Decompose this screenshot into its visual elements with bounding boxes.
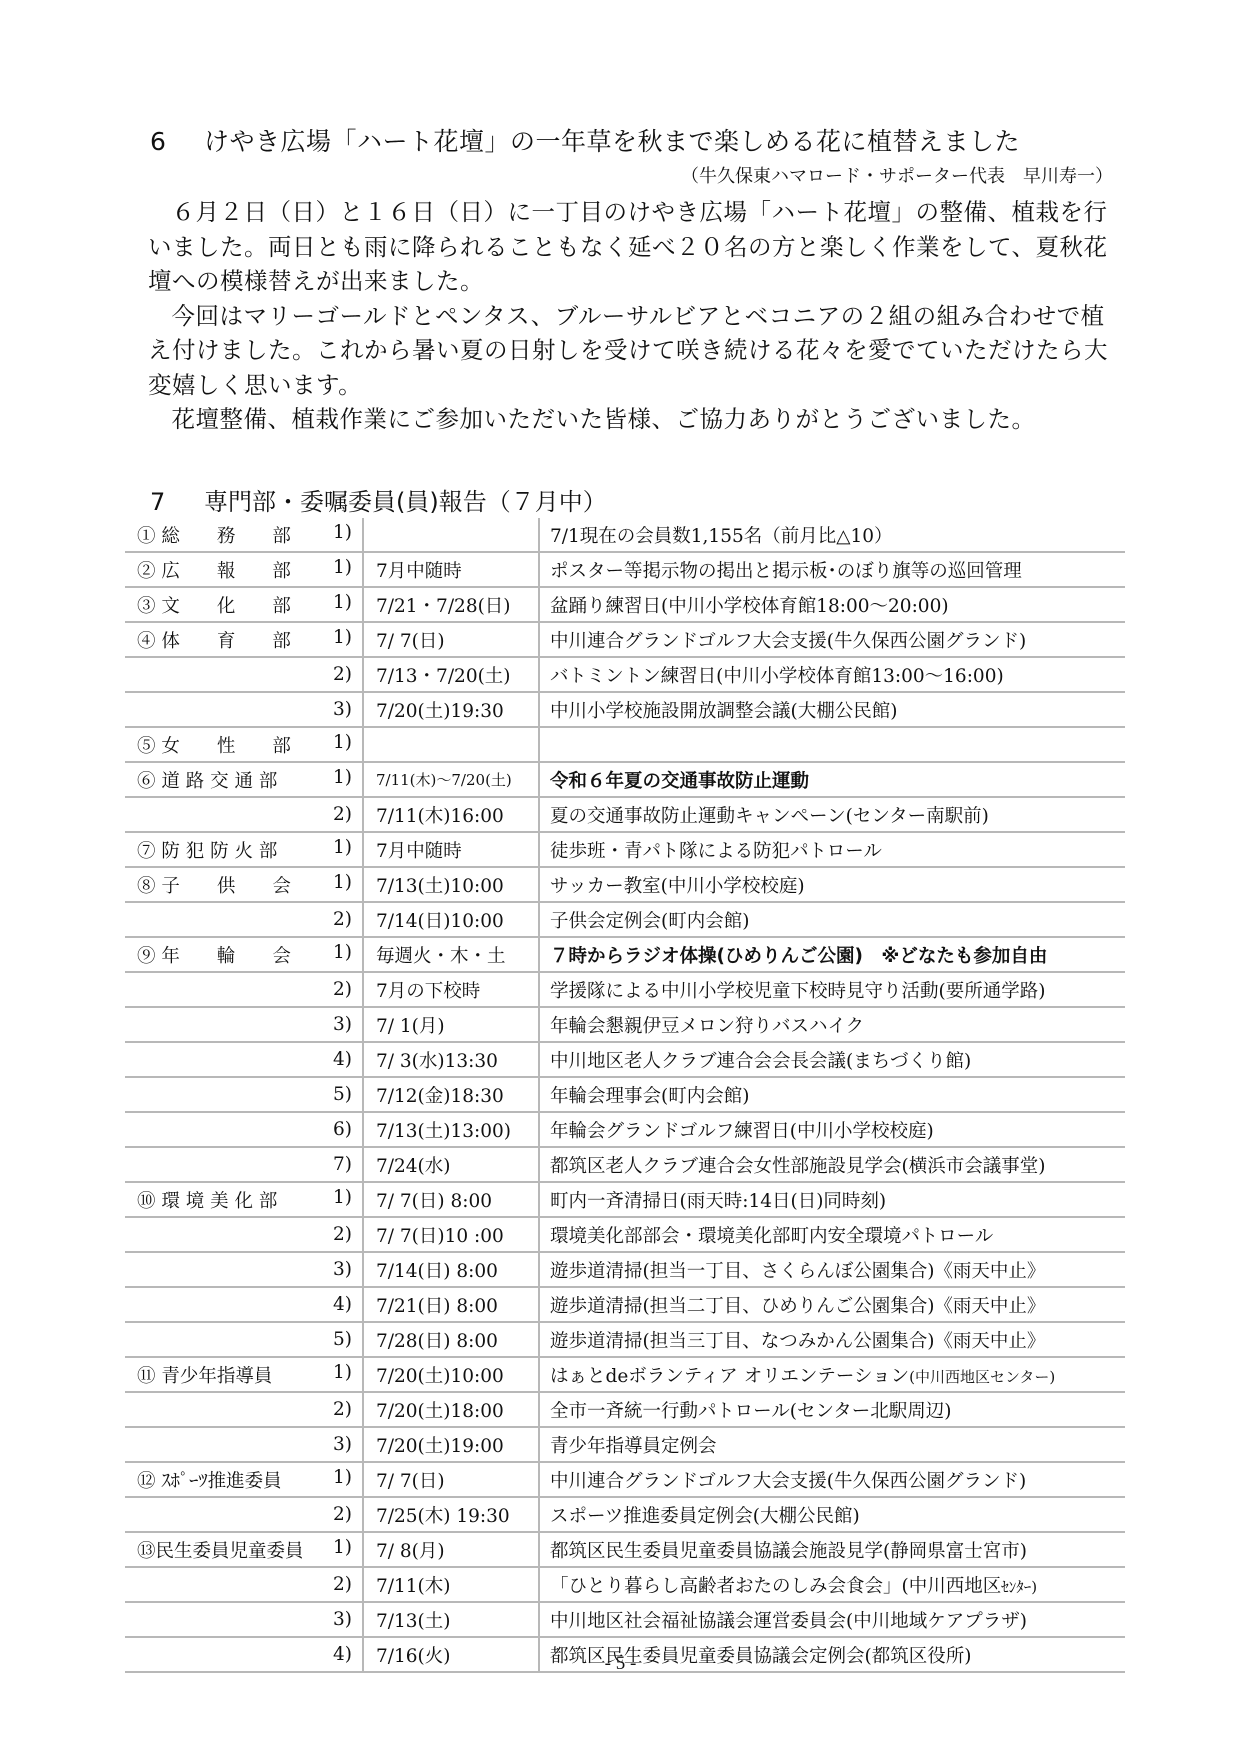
description-cell: 環境美化部部会・環境美化部町内安全環境パトロール <box>539 1217 1125 1252</box>
description-cell: 7/1現在の会員数1,155名（前月比△10） <box>539 518 1125 552</box>
date-cell: 7月中随時 <box>363 832 539 867</box>
department-cell: ⑥ 道 路 交 通 部1) <box>125 762 363 797</box>
date-cell: 7/11(木)16:00 <box>363 797 539 832</box>
table-row: ⑨ 年 輪 会1)毎週火・木・土７時からラジオ体操(ひめりんご公園) ※どなたも… <box>125 937 1125 972</box>
description-cell: 子供会定例会(町内会館) <box>539 902 1125 937</box>
description-cell: 遊歩道清掃(担当三丁目、なつみかん公園集合)《雨天中止》 <box>539 1322 1125 1357</box>
item-number: 2) <box>333 1224 352 1245</box>
item-number: 1) <box>333 767 352 793</box>
description-cell: 年輪会グランドゴルフ練習日(中川小学校校庭) <box>539 1112 1125 1147</box>
item-number: 1) <box>333 732 352 758</box>
item-number: 1) <box>333 522 352 548</box>
description-text: 学援隊による中川小学校児童下校時見守り活動(要所通学路) <box>550 981 1045 1002</box>
table-row: ⑬民生委員児童委員1)7/ 8(月)都筑区民生委員児童委員協議会施設見学(静岡県… <box>125 1532 1125 1567</box>
department-cell: ⑪ 青少年指導員1) <box>125 1357 363 1392</box>
department-cell: 2) <box>125 797 363 832</box>
section-number: 6 <box>150 127 204 156</box>
department-cell: 2) <box>125 972 363 1007</box>
department-cell: 2) <box>125 1567 363 1602</box>
department-name: ② 広 報 部 <box>137 557 291 583</box>
description-cell: 令和６年夏の交通事故防止運動 <box>539 762 1125 797</box>
date-cell: 7/25(木) 19:30 <box>363 1497 539 1532</box>
table-row: ⑧ 子 供 会1)7/13(土)10:00サッカー教室(中川小学校校庭) <box>125 867 1125 902</box>
description-cell: 青少年指導員定例会 <box>539 1427 1125 1462</box>
description-text: 中川連合グランドゴルフ大会支援(牛久保西公園グランド) <box>550 631 1026 652</box>
date-cell: 毎週火・木・土 <box>363 937 539 972</box>
table-row: ③ 文 化 部1)7/21・7/28(日)盆踊り練習日(中川小学校体育館18:0… <box>125 587 1125 622</box>
table-row: 2)7月の下校時学援隊による中川小学校児童下校時見守り活動(要所通学路) <box>125 972 1125 1007</box>
department-name: ⑪ 青少年指導員 <box>137 1362 272 1388</box>
date-cell <box>363 727 539 762</box>
description-text: ７時からラジオ体操(ひめりんご公園) ※どなたも参加自由 <box>550 946 1047 967</box>
table-row: 3)7/14(日) 8:00遊歩道清掃(担当一丁目、さくらんぼ公園集合)《雨天中… <box>125 1252 1125 1287</box>
description-text: 夏の交通事故防止運動キャンペーン(センター南駅前) <box>550 806 989 827</box>
item-number: 2) <box>333 1574 352 1595</box>
description-text: スポーツ推進委員定例会(大棚公民館) <box>550 1506 860 1527</box>
department-cell: ③ 文 化 部1) <box>125 587 363 622</box>
item-number: 1) <box>333 872 352 898</box>
author-credit: （牛久保東ハマロード・サポーター代表 早川寿一） <box>681 162 1113 188</box>
department-name: ③ 文 化 部 <box>137 592 291 618</box>
paragraph: ６月２日（日）と１６日（日）に一丁目のけやき広場「ハート花壇」の整備、植栽を行い… <box>148 195 1123 299</box>
table-row: 4)7/ 3(水)13:30中川地区老人クラブ連合会会長会議(まちづくり館) <box>125 1042 1125 1077</box>
table-row: ⑤ 女 性 部1) <box>125 727 1125 762</box>
table-row: ⑥ 道 路 交 通 部1)7/11(木)～7/20(土)令和６年夏の交通事故防止… <box>125 762 1125 797</box>
description-text: 令和６年夏の交通事故防止運動 <box>550 771 809 792</box>
table-row: 2)7/11(木)「ひとり暮らし高齢者おたのしみ会食会」(中川西地区ｾﾝﾀｰ) <box>125 1567 1125 1602</box>
table-row: 3)7/20(土)19:30中川小学校施設開放調整会議(大棚公民館) <box>125 692 1125 727</box>
date-cell: 7/ 3(水)13:30 <box>363 1042 539 1077</box>
department-cell: ⑫ ｽﾎﾟｰﾂ推進委員1) <box>125 1462 363 1497</box>
date-cell: 7/ 7(日) <box>363 1462 539 1497</box>
description-cell: 「ひとり暮らし高齢者おたのしみ会食会」(中川西地区ｾﾝﾀｰ) <box>539 1567 1125 1602</box>
table-row: ④ 体 育 部1)7/ 7(日)中川連合グランドゴルフ大会支援(牛久保西公園グラ… <box>125 622 1125 657</box>
description-text: サッカー教室(中川小学校校庭) <box>550 876 805 897</box>
description-text: 環境美化部部会・環境美化部町内安全環境パトロール <box>550 1226 993 1247</box>
date-cell: 7/24(水) <box>363 1147 539 1182</box>
table-row: 3)7/ 1(月)年輪会懇親伊豆メロン狩りバスハイク <box>125 1007 1125 1042</box>
department-cell: 3) <box>125 1007 363 1042</box>
description-cell: 年輪会懇親伊豆メロン狩りバスハイク <box>539 1007 1125 1042</box>
description-text: 7/1現在の会員数1,155名（前月比△10） <box>550 526 893 547</box>
table-row: ⑩ 環 境 美 化 部1)7/ 7(日) 8:00町内一斉清掃日(雨天時:14日… <box>125 1182 1125 1217</box>
table-row: ⑪ 青少年指導員1)7/20(土)10:00はぁとdeボランティア オリエンテー… <box>125 1357 1125 1392</box>
table-row: ② 広 報 部1)7月中随時ポスター等掲示物の掲出と掲示板･のぼり旗等の巡回管理 <box>125 552 1125 587</box>
table-row: 2)7/11(木)16:00夏の交通事故防止運動キャンペーン(センター南駅前) <box>125 797 1125 832</box>
date-cell: 7/ 8(月) <box>363 1532 539 1567</box>
department-name: ④ 体 育 部 <box>137 627 291 653</box>
description-text: 全市一斉統一行動パトロール(センター北駅周辺) <box>550 1401 951 1422</box>
item-number: 4) <box>333 1294 352 1315</box>
date-cell: 7/11(木) <box>363 1567 539 1602</box>
date-cell: 7/20(土)19:00 <box>363 1427 539 1462</box>
date-cell: 7/12(金)18:30 <box>363 1077 539 1112</box>
department-name: ⑤ 女 性 部 <box>137 732 291 758</box>
description-text: 徒歩班・青パト隊による防犯パトロール <box>550 841 882 862</box>
description-cell: 夏の交通事故防止運動キャンペーン(センター南駅前) <box>539 797 1125 832</box>
description-text: 遊歩道清掃(担当三丁目、なつみかん公園集合)《雨天中止》 <box>550 1331 1045 1352</box>
item-number: 2) <box>333 979 352 1000</box>
table-row: ⑫ ｽﾎﾟｰﾂ推進委員1)7/ 7(日)中川連合グランドゴルフ大会支援(牛久保西… <box>125 1462 1125 1497</box>
date-cell: 7月の下校時 <box>363 972 539 1007</box>
department-cell: ⑧ 子 供 会1) <box>125 867 363 902</box>
item-number: 5) <box>333 1084 352 1105</box>
department-name: ⑥ 道 路 交 通 部 <box>137 767 277 793</box>
department-cell: ⑤ 女 性 部1) <box>125 727 363 762</box>
date-cell: 7/14(日)10:00 <box>363 902 539 937</box>
date-cell: 7/11(木)～7/20(土) <box>363 762 539 797</box>
description-text: 遊歩道清掃(担当二丁目、ひめりんご公園集合)《雨天中止》 <box>550 1296 1045 1317</box>
table-row: ⑦ 防 犯 防 火 部1)7月中随時徒歩班・青パト隊による防犯パトロール <box>125 832 1125 867</box>
description-cell: ポスター等掲示物の掲出と掲示板･のぼり旗等の巡回管理 <box>539 552 1125 587</box>
description-text: はぁとdeボランティア オリエンテーション <box>550 1366 909 1387</box>
date-cell: 7/ 7(日) 8:00 <box>363 1182 539 1217</box>
section-title: けやき広場「ハート花壇」の一年草を秋まで楽しめる花に植替えました <box>204 127 1020 156</box>
paragraph: 今回はマリーゴールドとペンタス、ブルーサルビアとベコニアの２組の組み合わせで植え… <box>148 299 1123 403</box>
department-name: ⑩ 環 境 美 化 部 <box>137 1187 277 1213</box>
table-row: 6)7/13(土)13:00)年輪会グランドゴルフ練習日(中川小学校校庭) <box>125 1112 1125 1147</box>
description-cell: 遊歩道清掃(担当二丁目、ひめりんご公園集合)《雨天中止》 <box>539 1287 1125 1322</box>
date-cell: 7/21・7/28(日) <box>363 587 539 622</box>
description-cell: ７時からラジオ体操(ひめりんご公園) ※どなたも参加自由 <box>539 937 1125 972</box>
date-cell: 7/ 7(日)10 :00 <box>363 1217 539 1252</box>
description-text: 年輪会理事会(町内会館) <box>550 1086 749 1107</box>
department-cell: 5) <box>125 1322 363 1357</box>
department-cell: 2) <box>125 657 363 692</box>
department-cell: ② 広 報 部1) <box>125 552 363 587</box>
section-6-body: ６月２日（日）と１６日（日）に一丁目のけやき広場「ハート花壇」の整備、植栽を行い… <box>148 195 1123 437</box>
department-cell: 2) <box>125 1217 363 1252</box>
section-6-heading: 6けやき広場「ハート花壇」の一年草を秋まで楽しめる花に植替えました <box>150 122 1020 158</box>
item-number: 1) <box>333 1362 352 1388</box>
department-cell: 2) <box>125 902 363 937</box>
description-text: 「ひとり暮らし高齢者おたのしみ会食会」(中川西地区 <box>550 1576 1001 1597</box>
table-row: 2)7/13・7/20(土)バトミントン練習日(中川小学校体育館13:00～16… <box>125 657 1125 692</box>
table-row: ① 総 務 部1)7/1現在の会員数1,155名（前月比△10） <box>125 518 1125 552</box>
date-cell <box>363 518 539 552</box>
table-row: 7)7/24(水)都筑区老人クラブ連合会女性部施設見学会(横浜市会議事堂) <box>125 1147 1125 1182</box>
item-number: 7) <box>333 1154 352 1175</box>
department-name: ① 総 務 部 <box>137 522 291 548</box>
section-title: 専門部・委嘱委員(員)報告（７月中） <box>204 488 607 516</box>
document-page: 6けやき広場「ハート花壇」の一年草を秋まで楽しめる花に植替えました （牛久保東ハ… <box>0 0 1241 1755</box>
date-cell: 7/ 7(日) <box>363 622 539 657</box>
description-text: 年輪会懇親伊豆メロン狩りバスハイク <box>550 1016 864 1037</box>
department-cell: ⑦ 防 犯 防 火 部1) <box>125 832 363 867</box>
table-row: 2)7/14(日)10:00子供会定例会(町内会館) <box>125 902 1125 937</box>
date-cell: 7/21(日) 8:00 <box>363 1287 539 1322</box>
date-cell: 7/28(日) 8:00 <box>363 1322 539 1357</box>
description-text: バトミントン練習日(中川小学校体育館13:00～16:00) <box>550 666 1004 687</box>
department-cell: ④ 体 育 部1) <box>125 622 363 657</box>
table-row: 3)7/20(土)19:00青少年指導員定例会 <box>125 1427 1125 1462</box>
item-number: 6) <box>333 1119 352 1140</box>
report-table: ① 総 務 部1)7/1現在の会員数1,155名（前月比△10）② 広 報 部1… <box>125 518 1125 1673</box>
item-number: 1) <box>333 1537 352 1563</box>
department-cell: 6) <box>125 1112 363 1147</box>
description-cell: 都筑区老人クラブ連合会女性部施設見学会(横浜市会議事堂) <box>539 1147 1125 1182</box>
description-text: 中川小学校施設開放調整会議(大棚公民館) <box>550 701 897 722</box>
date-cell: 7/13・7/20(土) <box>363 657 539 692</box>
table-row: 4)7/21(日) 8:00遊歩道清掃(担当二丁目、ひめりんご公園集合)《雨天中… <box>125 1287 1125 1322</box>
description-cell: はぁとdeボランティア オリエンテーション(中川西地区センター) <box>539 1357 1125 1392</box>
description-text: 遊歩道清掃(担当一丁目、さくらんぼ公園集合)《雨天中止》 <box>550 1261 1045 1282</box>
department-cell: ⑩ 環 境 美 化 部1) <box>125 1182 363 1217</box>
page-number: - 5 - <box>0 1653 1241 1675</box>
department-cell: 2) <box>125 1497 363 1532</box>
item-number: 1) <box>333 837 352 863</box>
date-cell: 7/13(土)10:00 <box>363 867 539 902</box>
description-text: 中川地区老人クラブ連合会会長会議(まちづくり館) <box>550 1051 971 1072</box>
department-name: ⑧ 子 供 会 <box>137 872 291 898</box>
department-name: ⑦ 防 犯 防 火 部 <box>137 837 277 863</box>
description-text: 盆踊り練習日(中川小学校体育館18:00～20:00) <box>550 596 949 617</box>
item-number: 2) <box>333 804 352 825</box>
item-number: 1) <box>333 942 352 968</box>
description-cell <box>539 727 1125 762</box>
item-number: 2) <box>333 1399 352 1420</box>
date-cell: 7/20(土)19:30 <box>363 692 539 727</box>
item-number: 1) <box>333 557 352 583</box>
description-cell: 全市一斉統一行動パトロール(センター北駅周辺) <box>539 1392 1125 1427</box>
department-name: ⑬民生委員児童委員 <box>137 1537 304 1563</box>
date-cell: 7/13(土) <box>363 1602 539 1637</box>
description-cell: 年輪会理事会(町内会館) <box>539 1077 1125 1112</box>
department-name: ⑨ 年 輪 会 <box>137 942 291 968</box>
item-number: 3) <box>333 1014 352 1035</box>
item-number: 3) <box>333 699 352 720</box>
description-cell: バトミントン練習日(中川小学校体育館13:00～16:00) <box>539 657 1125 692</box>
table-row: 5)7/12(金)18:30年輪会理事会(町内会館) <box>125 1077 1125 1112</box>
table-row: 3)7/13(土)中川地区社会福祉協議会運営委員会(中川地域ケアプラザ) <box>125 1602 1125 1637</box>
description-cell: 都筑区民生委員児童委員協議会施設見学(静岡県富士宮市) <box>539 1532 1125 1567</box>
description-note: ｾﾝﾀｰ) <box>1001 1578 1037 1596</box>
department-cell: 5) <box>125 1077 363 1112</box>
department-cell: ① 総 務 部1) <box>125 518 363 552</box>
description-text: ポスター等掲示物の掲出と掲示板･のぼり旗等の巡回管理 <box>550 561 1022 582</box>
description-cell: 徒歩班・青パト隊による防犯パトロール <box>539 832 1125 867</box>
date-cell: 7/20(土)10:00 <box>363 1357 539 1392</box>
description-cell: サッカー教室(中川小学校校庭) <box>539 867 1125 902</box>
description-text: 都筑区老人クラブ連合会女性部施設見学会(横浜市会議事堂) <box>550 1156 1045 1177</box>
department-cell: ⑨ 年 輪 会1) <box>125 937 363 972</box>
department-cell: 4) <box>125 1287 363 1322</box>
department-cell: 2) <box>125 1392 363 1427</box>
description-text: 町内一斉清掃日(雨天時:14日(日)同時刻) <box>550 1191 886 1212</box>
item-number: 1) <box>333 592 352 618</box>
section-7-heading: 7専門部・委嘱委員(員)報告（７月中） <box>150 482 607 517</box>
item-number: 1) <box>333 1467 352 1493</box>
description-text: 都筑区民生委員児童委員協議会施設見学(静岡県富士宮市) <box>550 1541 1027 1562</box>
department-name: ⑫ ｽﾎﾟｰﾂ推進委員 <box>137 1467 282 1493</box>
department-cell: 3) <box>125 1427 363 1462</box>
description-text: 中川地区社会福祉協議会運営委員会(中川地域ケアプラザ) <box>550 1611 1027 1632</box>
date-cell: 7/ 1(月) <box>363 1007 539 1042</box>
item-number: 4) <box>333 1049 352 1070</box>
description-text: 中川連合グランドゴルフ大会支援(牛久保西公園グランド) <box>550 1471 1026 1492</box>
description-cell: 盆踊り練習日(中川小学校体育館18:00～20:00) <box>539 587 1125 622</box>
table-row: 2)7/20(土)18:00全市一斉統一行動パトロール(センター北駅周辺) <box>125 1392 1125 1427</box>
date-cell: 7/20(土)18:00 <box>363 1392 539 1427</box>
item-number: 5) <box>333 1329 352 1350</box>
department-cell: 3) <box>125 692 363 727</box>
date-cell: 7/14(日) 8:00 <box>363 1252 539 1287</box>
description-cell: スポーツ推進委員定例会(大棚公民館) <box>539 1497 1125 1532</box>
item-number: 3) <box>333 1259 352 1280</box>
table-row: 2)7/ 7(日)10 :00環境美化部部会・環境美化部町内安全環境パトロール <box>125 1217 1125 1252</box>
department-cell: 3) <box>125 1602 363 1637</box>
description-text: 子供会定例会(町内会館) <box>550 911 749 932</box>
description-cell: 中川連合グランドゴルフ大会支援(牛久保西公園グランド) <box>539 622 1125 657</box>
item-number: 1) <box>333 1187 352 1213</box>
department-cell: 4) <box>125 1042 363 1077</box>
table-row: 2)7/25(木) 19:30スポーツ推進委員定例会(大棚公民館) <box>125 1497 1125 1532</box>
department-cell: ⑬民生委員児童委員1) <box>125 1532 363 1567</box>
description-cell: 遊歩道清掃(担当一丁目、さくらんぼ公園集合)《雨天中止》 <box>539 1252 1125 1287</box>
description-cell: 学援隊による中川小学校児童下校時見守り活動(要所通学路) <box>539 972 1125 1007</box>
description-cell: 中川連合グランドゴルフ大会支援(牛久保西公園グランド) <box>539 1462 1125 1497</box>
description-text: 年輪会グランドゴルフ練習日(中川小学校校庭) <box>550 1121 934 1142</box>
department-cell: 3) <box>125 1252 363 1287</box>
description-cell: 中川地区社会福祉協議会運営委員会(中川地域ケアプラザ) <box>539 1602 1125 1637</box>
description-cell: 中川小学校施設開放調整会議(大棚公民館) <box>539 692 1125 727</box>
description-cell: 町内一斉清掃日(雨天時:14日(日)同時刻) <box>539 1182 1125 1217</box>
description-note: (中川西地区センター) <box>909 1368 1055 1386</box>
item-number: 3) <box>333 1434 352 1455</box>
date-cell: 7月中随時 <box>363 552 539 587</box>
section-number: 7 <box>150 488 204 516</box>
date-cell: 7/13(土)13:00) <box>363 1112 539 1147</box>
item-number: 3) <box>333 1609 352 1630</box>
item-number: 1) <box>333 627 352 653</box>
paragraph: 花壇整備、植栽作業にご参加いただいた皆様、ご協力ありがとうございました。 <box>148 402 1123 437</box>
table-row: 5)7/28(日) 8:00遊歩道清掃(担当三丁目、なつみかん公園集合)《雨天中… <box>125 1322 1125 1357</box>
description-text: 青少年指導員定例会 <box>550 1436 717 1457</box>
description-cell: 中川地区老人クラブ連合会会長会議(まちづくり館) <box>539 1042 1125 1077</box>
item-number: 2) <box>333 909 352 930</box>
department-cell: 7) <box>125 1147 363 1182</box>
item-number: 2) <box>333 1504 352 1525</box>
item-number: 2) <box>333 664 352 685</box>
